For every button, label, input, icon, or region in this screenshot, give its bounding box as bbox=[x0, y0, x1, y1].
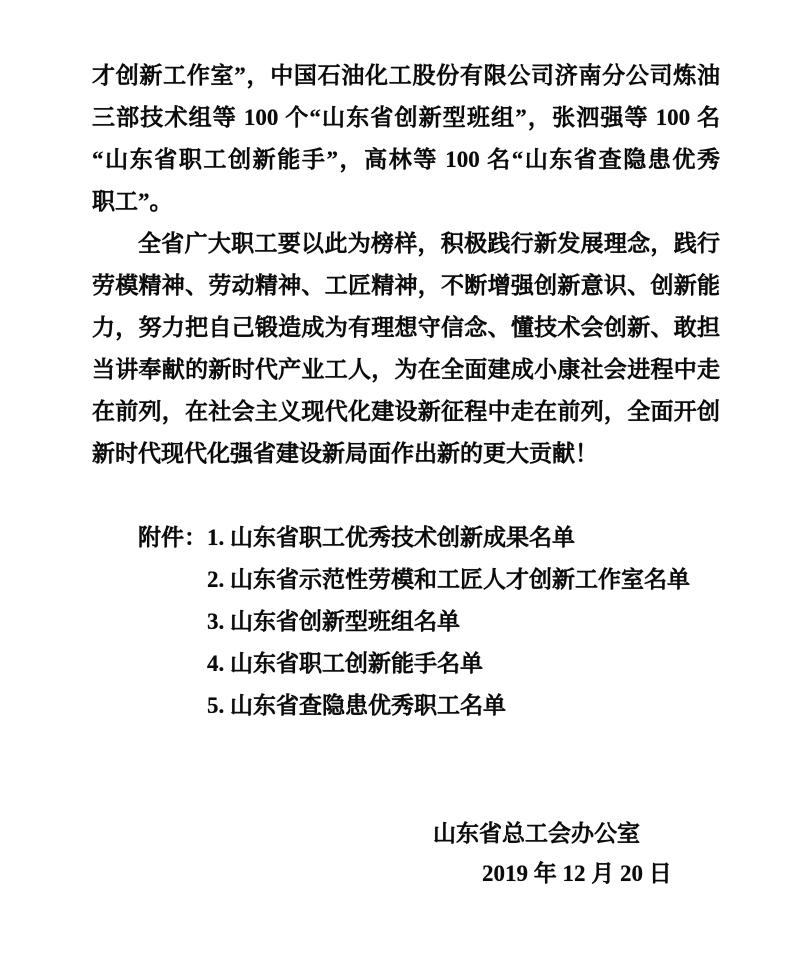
body-line: 三部技术组等 100 个“山东省创新型班组”，张泗强等 100 名 bbox=[92, 97, 720, 139]
attachment-item: 2. 山东省示范性劳模和工匠人才创新工作室名单 bbox=[92, 559, 720, 601]
attachment-item: 3. 山东省创新型班组名单 bbox=[92, 601, 720, 643]
body-line: 在前列，在社会主义现代化建设新征程中走在前列，全面开创 bbox=[92, 391, 720, 433]
body-line: 职工”。 bbox=[92, 181, 720, 223]
attachments-label: 附件： bbox=[138, 517, 207, 559]
document-page: 才创新工作室”，中国石油化工股份有限公司济南分公司炼油 三部技术组等 100 个… bbox=[0, 0, 800, 961]
body-line: 力，努力把自己锻造成为有理想守信念、懂技术会创新、敢担 bbox=[92, 307, 720, 349]
signature-org: 山东省总工会办公室 bbox=[92, 814, 720, 854]
attachment-row: 附件：1. 山东省职工优秀技术创新成果名单 bbox=[92, 517, 720, 559]
body-line: 才创新工作室”，中国石油化工股份有限公司济南分公司炼油 bbox=[92, 55, 720, 97]
signature-block: 山东省总工会办公室 2019 年 12 月 20 日 bbox=[92, 814, 720, 894]
attachment-item: 1. 山东省职工优秀技术创新成果名单 bbox=[207, 525, 575, 550]
attachments-section: 附件：1. 山东省职工优秀技术创新成果名单 2. 山东省示范性劳模和工匠人才创新… bbox=[92, 517, 720, 727]
body-line: 新时代现代化强省建设新局面作出新的更大贡献！ bbox=[92, 433, 720, 475]
body-line: 劳模精神、劳动精神、工匠精神，不断增强创新意识、创新能 bbox=[92, 265, 720, 307]
body-line: 当讲奉献的新时代产业工人，为在全面建成小康社会进程中走 bbox=[92, 349, 720, 391]
attachment-item: 4. 山东省职工创新能手名单 bbox=[92, 643, 720, 685]
signature-date: 2019 年 12 月 20 日 bbox=[92, 854, 720, 894]
document-body: 才创新工作室”，中国石油化工股份有限公司济南分公司炼油 三部技术组等 100 个… bbox=[92, 55, 720, 894]
body-line: “山东省职工创新能手”，高林等 100 名“山东省查隐患优秀 bbox=[92, 139, 720, 181]
body-line paragraph-start: 全省广大职工要以此为榜样，积极践行新发展理念，践行 bbox=[92, 223, 720, 265]
attachment-item: 5. 山东省查隐患优秀职工名单 bbox=[92, 685, 720, 727]
